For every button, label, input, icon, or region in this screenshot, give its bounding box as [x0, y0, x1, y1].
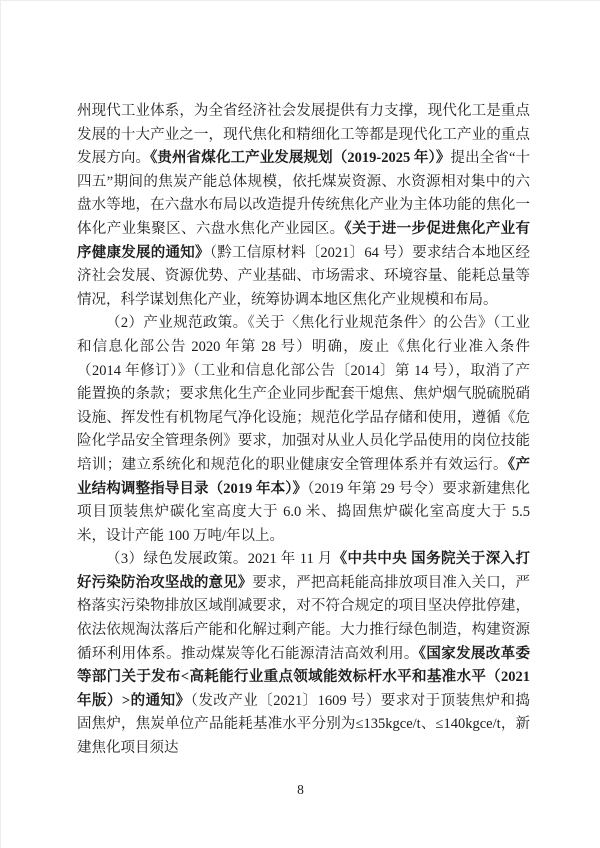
page-number: 8	[1, 782, 600, 798]
paragraph: 州现代工业体系，为全省经济社会发展提供有力支撑，现代化工是重点发展的十大产业之一…	[77, 100, 530, 312]
document-page: 州现代工业体系，为全省经济社会发展提供有力支撑，现代化工是重点发展的十大产业之一…	[0, 0, 600, 848]
bold-text-run: 《贵州省煤化工产业发展规划（2019-2025 年）》	[150, 150, 450, 166]
text-run: （3）绿色发展政策。2021 年 11 月	[106, 551, 333, 567]
paragraph: （2）产业规范政策。《关于〈焦化行业规范条件〉的公告》（工业和信息化部公告 20…	[77, 312, 530, 548]
text-run: （2）产业规范政策。《关于〈焦化行业规范条件〉的公告》（工业和信息化部公告 20…	[77, 315, 530, 473]
paragraph: （3）绿色发展政策。2021 年 11 月《中共中央 国务院关于深入打好污染防治…	[77, 548, 530, 760]
page-body-text: 州现代工业体系，为全省经济社会发展提供有力支撑，现代化工是重点发展的十大产业之一…	[77, 100, 530, 761]
